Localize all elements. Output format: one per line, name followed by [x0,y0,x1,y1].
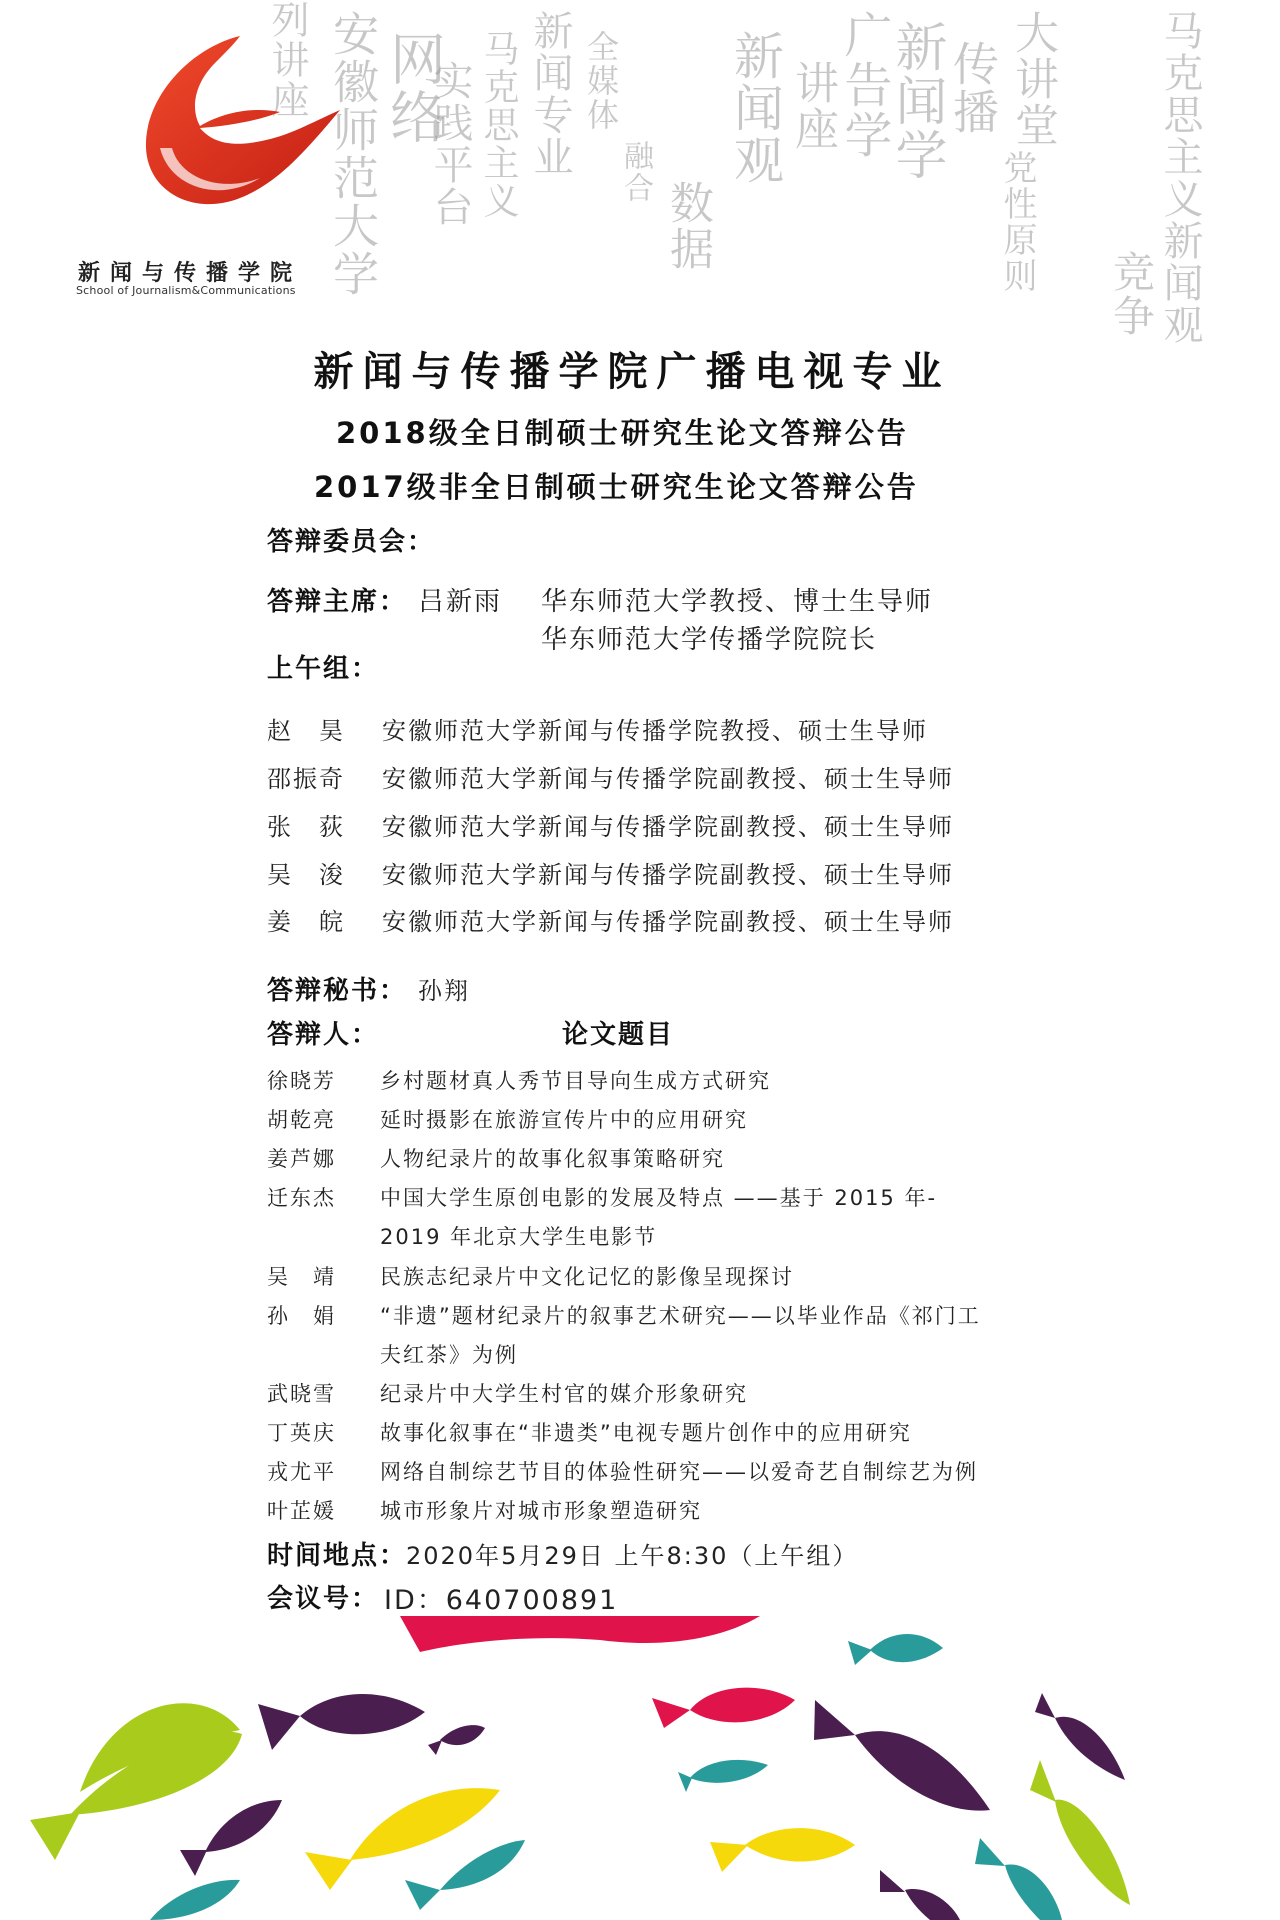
fish-school-icon [0,1610,1280,1920]
watermark-text: 大讲堂 [1010,10,1054,148]
candidate-name: 徐晓芳 [267,1065,367,1095]
member-name: 邵振奇 [267,759,345,794]
member-name: 张 荻 [267,807,345,842]
member-title: 安徽师范大学新闻与传播学院副教授、硕士生导师 [382,759,954,794]
watermark-text: 新闻专业 [530,10,570,178]
watermark-text: 融合 [620,140,650,204]
watermark-text: 传播 [950,40,996,136]
secretary-label: 答辩秘书： [267,970,407,1007]
thesis-title: 故事化叙事在“非遗类”电视专题片创作中的应用研究 [380,1417,912,1447]
chair-title-2: 华东师范大学传播学院院长 [541,619,877,656]
watermark-text: 马克思主义 [480,30,516,220]
thesis-title: 城市形象片对城市形象塑造研究 [380,1495,702,1525]
secretary-name: 孙翔 [418,971,470,1006]
time-value: 2020年5月29日 上午8:30（上午组） [406,1536,858,1571]
candidate-name: 武晓雪 [267,1378,367,1408]
thesis-title: 网络自制综艺节目的体验性研究——以爱奇艺自制综艺为例 [380,1456,978,1486]
candidate-name: 戎尤平 [267,1456,367,1486]
decorative-fish-illustration [0,1610,1280,1920]
thesis-title: 民族志纪录片中文化记忆的影像呈现探讨 [380,1261,794,1291]
member-title: 安徽师范大学新闻与传播学院副教授、硕士生导师 [382,807,954,842]
candidate-name: 迁东杰 [267,1182,367,1212]
candidate-name: 丁英庆 [267,1417,367,1447]
committee-label: 答辩委员会： [267,521,435,558]
watermark-text: 网络 [385,30,441,146]
watermark-text: 新闻学 [890,20,942,182]
watermark-text: 马克思主义新闻观 [1160,10,1200,346]
thesis-title-line-2: 2019 年北京大学生电影节 [380,1221,657,1251]
member-title: 安徽师范大学新闻与传播学院教授、硕士生导师 [382,711,928,746]
member-title: 安徽师范大学新闻与传播学院副教授、硕士生导师 [382,902,954,937]
chair-name: 吕新雨 [418,581,502,618]
watermark-text: 实践平台 [430,60,470,228]
school-logo: 新闻与传播学院 School of Journalism&Communicati… [60,28,360,278]
candidate-name: 吴 靖 [267,1261,367,1291]
logo-cn-name: 新闻与传播学院 [78,256,302,287]
member-name: 吴 浚 [267,855,345,890]
page-title: 新闻与传播学院广播电视专业 [0,340,1280,397]
thesis-title: 人物纪录片的故事化叙事策略研究 [380,1143,725,1173]
candidate-name: 姜芦娜 [267,1143,367,1173]
thesis-title: 中国大学生原创电影的发展及特点 ——基于 2015 年- [380,1182,937,1212]
watermark-text: 新闻观 [730,30,780,186]
subtitle-2018: 2018级全日制硕士研究生论文答辩公告 [336,411,909,452]
candidate-name: 胡乾亮 [267,1104,367,1134]
group-label: 上午组： [267,648,379,685]
thesis-title: “非遗”题材纪录片的叙事艺术研究——以毕业作品《祁门工 [380,1300,981,1330]
time-label: 时间地点： [267,1535,407,1572]
watermark-text: 讲座 [790,60,834,152]
thesis-title-line-2: 夫红茶》为例 [380,1339,518,1369]
swirl-logo-icon [100,28,340,228]
thesis-title: 纪录片中大学生村官的媒介形象研究 [380,1378,748,1408]
member-name: 姜 皖 [267,902,345,937]
thesis-label: 论文题目 [562,1014,674,1051]
candidate-name: 叶芷媛 [267,1495,367,1525]
candidate-label: 答辩人： [267,1014,379,1051]
thesis-title: 乡村题材真人秀节目导向生成方式研究 [380,1065,771,1095]
watermark-text: 数据 [665,180,709,272]
logo-en-name: School of Journalism&Communications [76,284,296,297]
thesis-title: 延时摄影在旅游宣传片中的应用研究 [380,1104,748,1134]
watermark-text: 竞争 [1110,250,1152,338]
chair-label: 答辩主席： [267,581,407,618]
member-name: 赵 昊 [267,711,345,746]
watermark-text: 党性原则 [1000,150,1034,294]
watermark-text: 全媒体 [585,30,617,132]
candidate-name: 孙 娟 [267,1300,367,1330]
subtitle-2017: 2017级非全日制硕士研究生论文答辩公告 [314,465,919,506]
chair-title-1: 华东师范大学教授、博士生导师 [541,581,933,618]
member-title: 安徽师范大学新闻与传播学院副教授、硕士生导师 [382,855,954,890]
watermark-text: 广告学 [840,10,888,160]
